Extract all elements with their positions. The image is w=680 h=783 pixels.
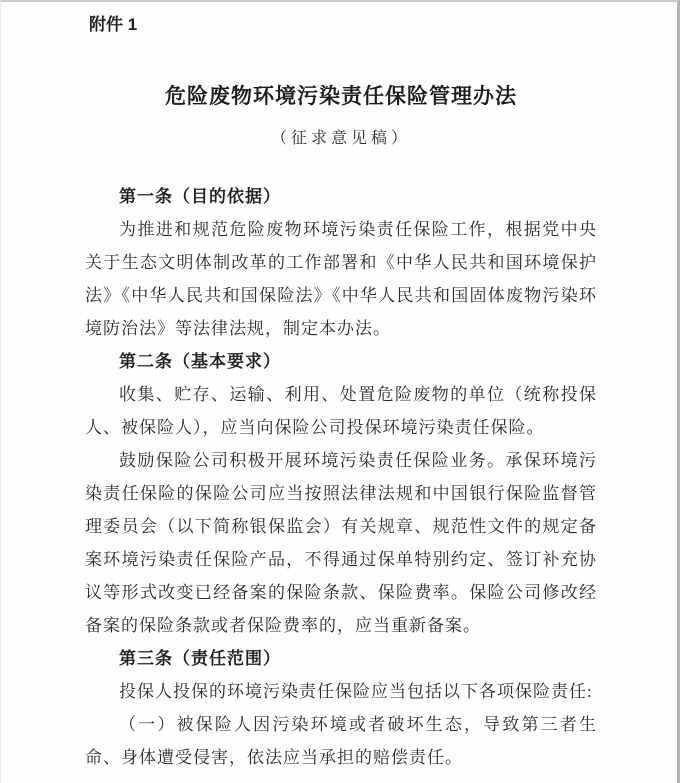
document-page: 附件 1 危险废物环境污染责任保险管理办法 （征求意见稿） 第一条（目的依据） … bbox=[0, 0, 680, 783]
article-3-paragraph-2: （一）被保险人因污染环境或者破坏生态，导致第三者生命、身体遭受侵害，依法应当承担… bbox=[85, 708, 597, 774]
attachment-label: 附件 1 bbox=[85, 14, 597, 36]
article-1-heading: 第一条（目的依据） bbox=[85, 180, 597, 213]
section-article-1: 第一条（目的依据） 为推进和规范危险废物环境污染责任保险工作，根据党中央关于生态… bbox=[85, 180, 597, 345]
article-3-heading: 第三条（责任范围） bbox=[85, 642, 597, 675]
article-3-paragraph-1: 投保人投保的环境污染责任保险应当包括以下各项保险责任: bbox=[85, 675, 597, 708]
article-1-paragraph-1: 为推进和规范危险废物环境污染责任保险工作，根据党中央关于生态文明体制改革的工作部… bbox=[85, 213, 597, 345]
document-subtitle: （征求意见稿） bbox=[85, 126, 597, 152]
article-2-heading: 第二条（基本要求） bbox=[85, 345, 597, 378]
section-article-3: 第三条（责任范围） 投保人投保的环境污染责任保险应当包括以下各项保险责任: （一… bbox=[85, 642, 597, 774]
article-2-paragraph-1: 收集、贮存、运输、利用、处置危险废物的单位（统称投保人、被保险人），应当向保险公… bbox=[85, 378, 597, 444]
section-article-2: 第二条（基本要求） 收集、贮存、运输、利用、处置危险废物的单位（统称投保人、被保… bbox=[85, 345, 597, 642]
document-body: 第一条（目的依据） 为推进和规范危险废物环境污染责任保险工作，根据党中央关于生态… bbox=[85, 180, 597, 774]
article-2-paragraph-2: 鼓励保险公司积极开展环境污染责任保险业务。承保环境污染责任保险的保险公司应当按照… bbox=[85, 444, 597, 642]
document-title: 危险废物环境污染责任保险管理办法 bbox=[85, 82, 597, 112]
